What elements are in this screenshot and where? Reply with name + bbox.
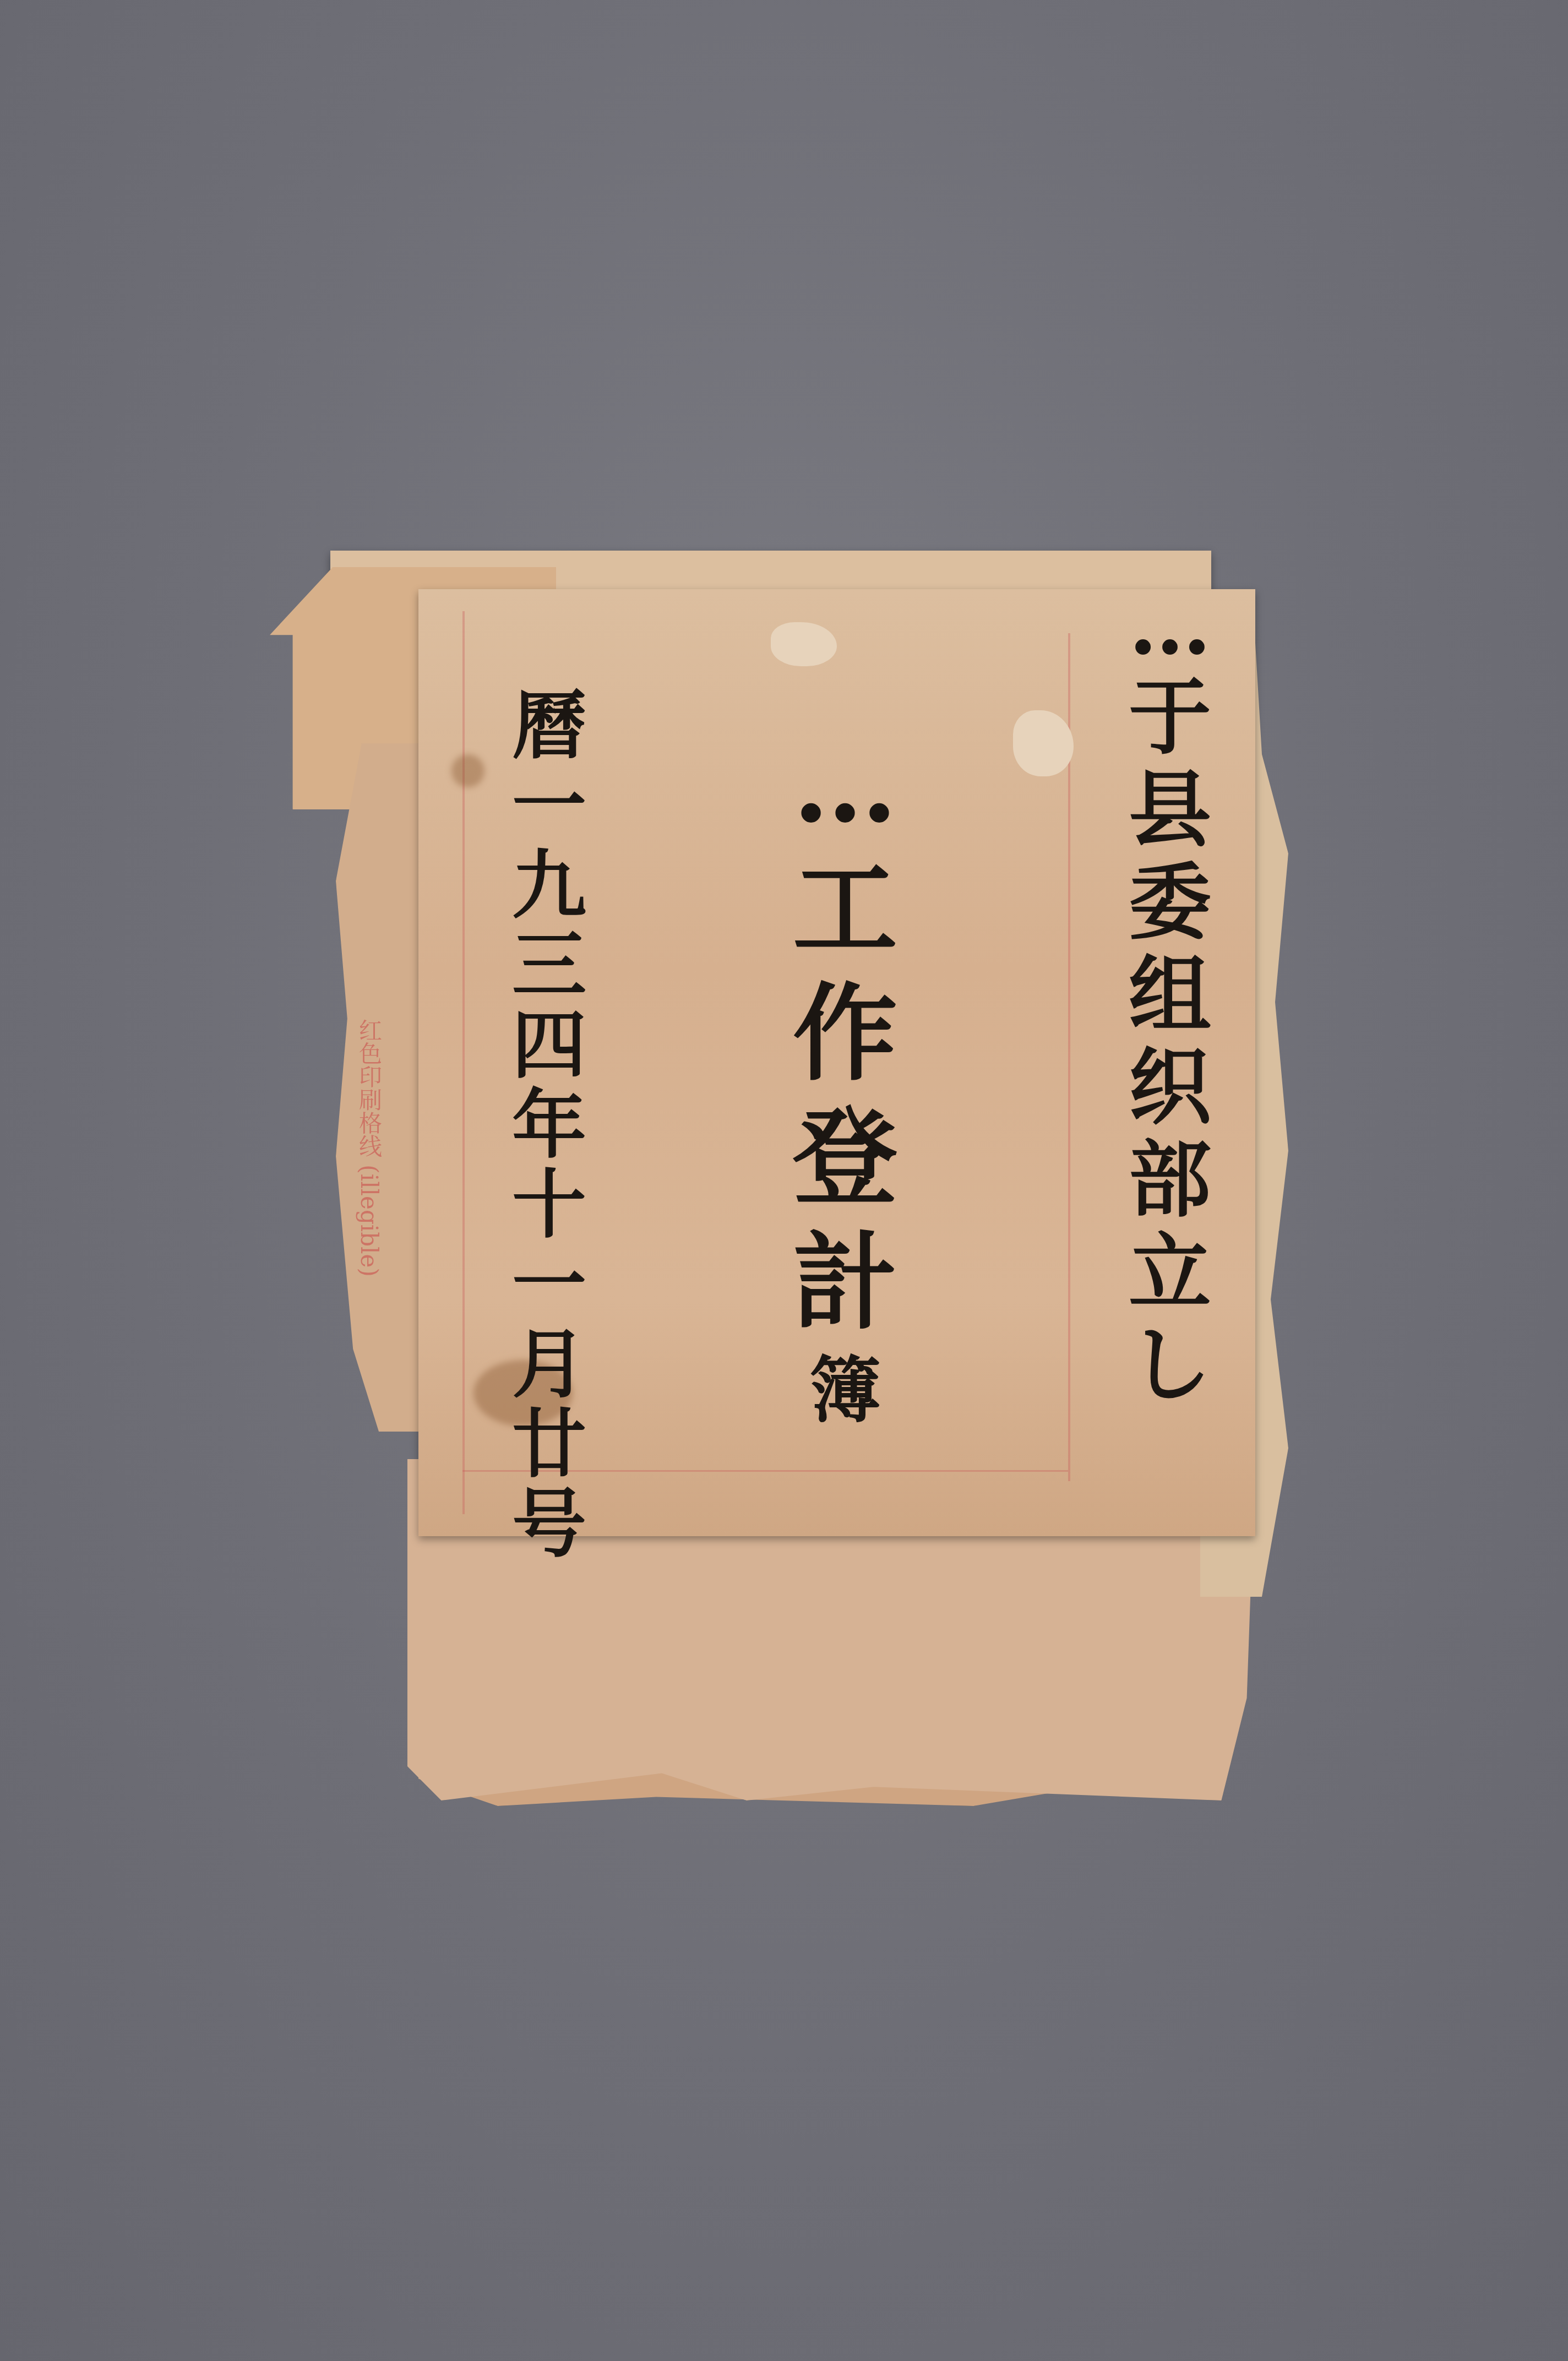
char: 组: [1129, 954, 1211, 1036]
char: 县: [1129, 769, 1211, 851]
right-calligraphy-column: … 于 县 委 组 织 部 立 し: [1129, 584, 1211, 1406]
char: 于: [1129, 676, 1211, 759]
char: 三: [512, 928, 586, 1002]
char: し: [1129, 1324, 1211, 1406]
char: 計: [793, 1230, 897, 1335]
char: 号: [512, 1487, 586, 1561]
red-rule-line: [462, 611, 465, 1514]
char: 作: [793, 981, 897, 1086]
paper-tear: [771, 622, 837, 666]
char: 曆: [512, 688, 586, 763]
char: 廿: [512, 1407, 586, 1481]
char: 月: [512, 1327, 586, 1401]
char: 年: [512, 1087, 586, 1162]
date-calligraphy-column: 曆 一 九 三 四 年 十 一 月 廿 号: [512, 688, 586, 1561]
faint-red-print: 红色印刷格线 (illegible): [352, 1019, 385, 1277]
char: 九: [512, 848, 586, 922]
char: 一: [512, 1247, 586, 1321]
char: 部: [1129, 1139, 1211, 1221]
char: 四: [512, 1008, 586, 1082]
char: 簿: [809, 1354, 881, 1426]
char: 一: [512, 768, 586, 842]
char: 织: [1129, 1046, 1211, 1129]
title-calligraphy-column: … 工 作 登 計 簿: [793, 732, 897, 1426]
char: 委: [1129, 861, 1211, 944]
char: 立: [1129, 1231, 1211, 1314]
char: 工: [793, 857, 897, 961]
char: 十: [512, 1167, 586, 1242]
water-stain: [451, 754, 484, 787]
paper-tear: [1013, 710, 1074, 776]
char: 登: [793, 1106, 897, 1210]
char: …: [1129, 584, 1211, 666]
char: …: [793, 732, 897, 837]
